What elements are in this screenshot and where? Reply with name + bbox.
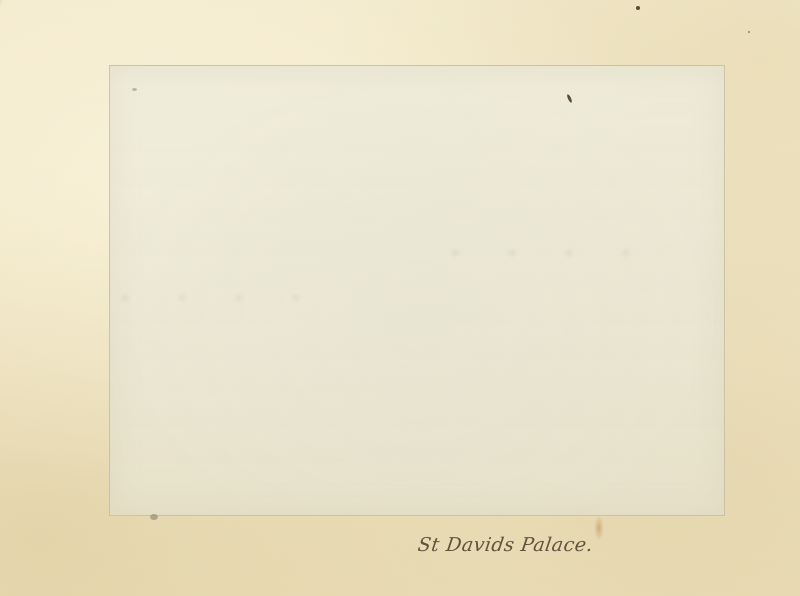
plate-mark-area: · · · · · · · · <box>109 65 725 516</box>
paper-sheet: · · · · · · · · St Davids Palace. <box>0 0 800 596</box>
show-through-text: · · · · <box>120 281 319 316</box>
paper-blemish <box>150 514 158 520</box>
fold-crease <box>0 0 13 114</box>
paper-blemish <box>132 88 137 91</box>
ink-speck <box>566 94 573 103</box>
ink-speck <box>748 31 750 33</box>
foxing-stain <box>594 515 604 541</box>
ink-speck <box>636 6 640 10</box>
show-through-text: · · · · <box>450 236 649 271</box>
handwritten-inscription: St Davids Palace. <box>416 534 594 556</box>
